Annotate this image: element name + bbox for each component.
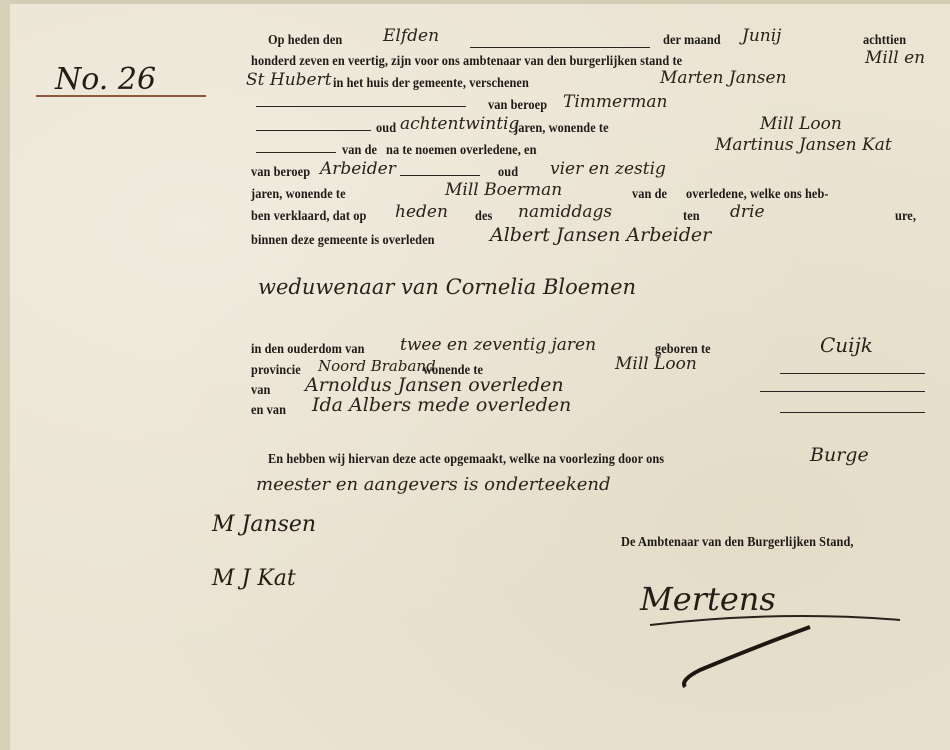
printed-text: overledene, welke ons heb- [686,187,829,203]
handwritten-declarant-1-occupation: Timmerman [563,92,667,112]
printed-text: jaren, wonende te [514,121,609,137]
printed-text: binnen deze gemeente is overleden [251,233,435,249]
handwritten-mother: Ida Albers mede overleden [312,394,571,416]
handwritten-declarant-1-name: Marten Jansen [660,68,787,88]
fill-line [256,152,336,153]
record-number-value: 26 [118,62,156,97]
printed-text: van [251,383,270,399]
signature-witness-2: M J Kat [212,566,296,591]
handwritten-declarant-2-occupation: Arbeider [320,159,396,179]
signature-witness-1: M Jansen [212,512,316,537]
signature-flourish [640,615,920,695]
printed-text: ure, [895,209,916,225]
handwritten-declarant-2-age: vier en zestig [550,159,666,179]
handwritten-deceased-marital-status: weduwenaar van Cornelia Bloemen [258,275,636,299]
handwritten-declarant-2-residence: Mill Boerman [445,180,562,200]
paper-edge-left [0,0,10,750]
fill-line [780,412,925,413]
printed-text: ten [683,209,700,225]
printed-text: van beroep [488,98,547,114]
fill-line [256,106,466,107]
printed-text: provincie [251,363,301,379]
signature-official: Mertens [640,580,776,618]
printed-text: oud [498,165,518,181]
handwritten-deceased-residence: Mill Loon [615,354,697,374]
handwritten-declarant-2-name: Martinus Jansen Kat [715,135,892,155]
handwritten-deceased-age: twee en zeventig jaren [400,335,596,355]
handwritten-deceased-name: Albert Jansen Arbeider [490,224,711,246]
paper-edge-top [0,0,950,4]
handwritten-father: Arnoldus Jansen overleden [305,374,564,396]
printed-text: jaren, wonende te [251,187,346,203]
handwritten-municipality-cont: St Hubert [246,70,332,90]
fill-line [400,175,480,176]
printed-text: En hebben wij hiervan deze acte opgemaak… [268,452,664,468]
handwritten-death-day: heden [395,202,448,222]
printed-text: van de [632,187,667,203]
printed-text: in het huis der gemeente, verschenen [333,76,529,92]
printed-text: der maand [663,33,721,49]
fill-line [470,47,650,48]
handwritten-declarant-1-age: achtentwintig [400,114,519,134]
printed-text: achttien [863,33,906,49]
handwritten-declarant-1-residence: Mill Loon [760,114,842,134]
record-number-underline [36,95,206,97]
fill-line [256,130,371,131]
printed-text: honderd zeven en veertig, zijn voor ons … [251,54,682,70]
printed-text: van beroep [251,165,310,181]
fill-line [760,391,925,392]
record-number-label: No. [55,62,108,97]
printed-text: oud [376,121,396,137]
printed-text: des [475,209,492,225]
record-number: No. 26 [55,62,156,97]
handwritten-time-of-day: namiddags [518,202,612,222]
printed-text: na te noemen overledene, en [386,143,537,159]
handwritten-hour: drie [730,202,765,222]
handwritten-closing: Burge [810,444,869,466]
handwritten-closing-cont: meester en aangevers is onderteekend [256,474,611,495]
printed-text: ben verklaard, dat op [251,209,366,225]
fill-line [780,373,925,374]
printed-text: Op heden den [268,33,342,49]
printed-text: van de [342,143,377,159]
handwritten-month: Junij [742,26,781,46]
printed-text: en van [251,403,286,419]
handwritten-day: Elfden [383,26,439,46]
handwritten-province: Noord Braband [318,357,436,375]
handwritten-municipality: Mill en [865,48,925,68]
handwritten-birthplace: Cuijk [820,333,873,357]
printed-text: in den ouderdom van [251,342,365,358]
official-title: De Ambtenaar van den Burgerlijken Stand, [621,535,854,551]
